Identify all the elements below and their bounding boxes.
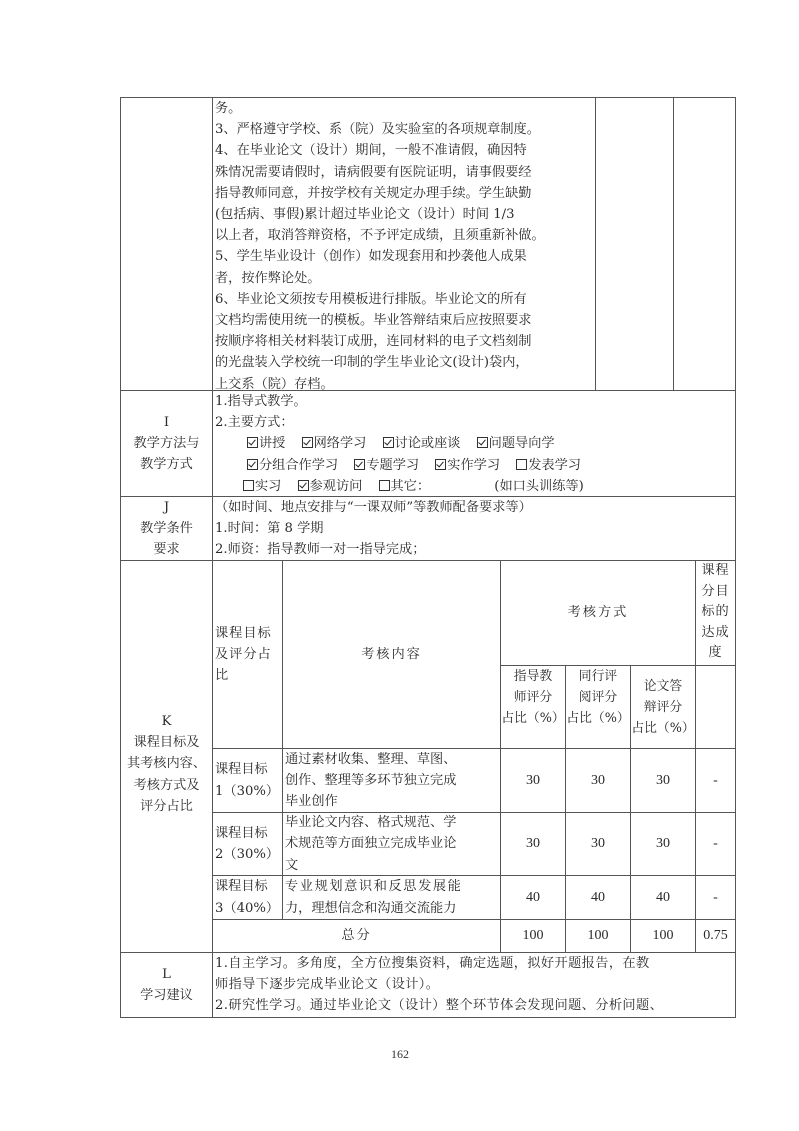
method-options-row2: 分组合作学习 专题学习 实作学习 发表学习 (215, 455, 735, 476)
header-peer-score: 同行评 阅评分 占比（%） (566, 666, 630, 748)
table-row-goal-3: 课程目标 3（40%） (213, 876, 282, 919)
rules-text-block: 务。 3、严格遵守学校、系（院）及实验室的各项规章制度。 4、在毕业论文（设计）… (213, 98, 595, 390)
method-option-topic[interactable]: 专题学习 (354, 458, 419, 473)
total-achievement: 0.75 (696, 920, 735, 952)
row3-achievement: - (696, 876, 735, 919)
document-page: 务。 3、严格遵守学校、系（院）及实验室的各项规章制度。 4、在毕业论文（设计）… (0, 0, 799, 1131)
method-option-discussion[interactable]: 讨论或座谈 (383, 436, 461, 451)
checkbox-checked-icon[interactable] (247, 437, 258, 448)
table-row-goal-2: 课程目标 2（30%） (213, 813, 282, 875)
rules-line: 的光盘装入学校统一印制的学生毕业论文(设计)袋内， (215, 352, 595, 373)
table-border-right (735, 97, 736, 1017)
checkbox-checked-icon[interactable] (302, 437, 313, 448)
row1-achievement: - (696, 749, 735, 812)
row2-peer-score: 30 (566, 813, 630, 875)
section-j-line2: 2.师资：指导教师一对一指导完成； (215, 539, 735, 560)
table-bottom-border (120, 1017, 736, 1018)
method-option-presentation[interactable]: 发表学习 (516, 458, 581, 473)
row1-defense-score: 30 (631, 749, 695, 812)
row1-peer-score: 30 (566, 749, 630, 812)
total-peer-score: 100 (566, 920, 630, 952)
total-defense-score: 100 (631, 920, 695, 952)
section-l-title: 学习建议 (140, 985, 193, 1006)
section-i-line2: 2.主要方式： (215, 412, 735, 433)
header-content-column: 考核内容 (283, 561, 500, 748)
rules-line: (包括病、事假)累计超过毕业论文（设计）时间 1/3 (215, 204, 595, 225)
header-method-column: 考核方式 (501, 561, 695, 665)
section-l-content: 1.自主学习。多角度，全方位搜集资料，确定选题，拟好开题报告，在教 师指导下逐步… (213, 953, 735, 1017)
section-k-title-line: 评分占比 (140, 796, 193, 817)
method-option-lecture[interactable]: 讲授 (247, 436, 285, 451)
section-j-title-line1: 教学条件 (140, 518, 193, 539)
method-options-row1: 讲授 网络学习 讨论或座谈 问题导向学 (215, 433, 735, 454)
rules-line: 4、在毕业论文（设计）期间，一般不准请假，确因特 (215, 140, 595, 161)
total-advisor-score: 100 (501, 920, 565, 952)
rules-line: 以上者，取消答辩资格，不予评定成绩，且须重新补做。 (215, 225, 595, 246)
method-options-row3: 实习 参观访问 其它： (如口头训练等) (215, 476, 735, 497)
section-l-label: L 学习建议 (121, 953, 212, 1017)
section-j-letter: J (164, 497, 169, 518)
section-i-line1: 1.指导式教学。 (215, 391, 735, 412)
rules-line: 文档均需使用统一的模板。毕业答辩结束后应按照要求 (215, 310, 595, 331)
header-advisor-score: 指导教 师评分 占比（%） (501, 666, 565, 748)
section-i-title-line2: 教学方式 (140, 454, 193, 475)
header-goal-column: 课程目标 及评分占 比 (213, 561, 282, 748)
section-k-letter: K (162, 711, 172, 732)
row2-advisor-score: 30 (501, 813, 565, 875)
section-i-letter: I (164, 412, 169, 433)
checkbox-checked-icon[interactable] (298, 480, 309, 491)
header-defense-score: 论文答 辩评分 占比（%） (631, 666, 695, 748)
checkbox-checked-icon[interactable] (383, 437, 394, 448)
method-option-practice[interactable]: 实作学习 (435, 458, 500, 473)
row3-defense-score: 40 (631, 876, 695, 919)
rules-line: 5、学生毕业设计（创作）如发现套用和抄袭他人成果 (215, 246, 595, 267)
table-row-content-1: 通过素材收集、整理、草图、 创作、整理等多环节独立完成 毕业创作 (283, 749, 500, 812)
row1-advisor-score: 30 (501, 749, 565, 812)
total-label: 总分 (213, 920, 500, 952)
checkbox-unchecked-icon[interactable] (516, 459, 527, 470)
other-hint: (如口头训练等) (494, 479, 583, 494)
table-row-content-3: 专业规划意识和反思发展能 力，理想信念和沟通交流能力 (283, 876, 500, 919)
section-i-content: 1.指导式教学。 2.主要方式： 讲授 网络学习 讨论或座谈 问题导向学 分组合… (213, 391, 735, 496)
row2-defense-score: 30 (631, 813, 695, 875)
section-l-line: 2.研究性学习。通过毕业论文（设计）整个环节体会发现问题、分析问题、 (215, 995, 735, 1016)
method-option-other[interactable]: 其它： (379, 479, 431, 494)
checkbox-unchecked-icon[interactable] (379, 480, 390, 491)
rules-line: 务。 (215, 98, 595, 119)
method-option-group[interactable]: 分组合作学习 (247, 458, 338, 473)
rules-line: 殊情况需要请假时，请病假要有医院证明，请事假要经 (215, 162, 595, 183)
checkbox-checked-icon[interactable] (435, 459, 446, 470)
top-col-divider-1 (595, 97, 596, 390)
method-option-internship[interactable]: 实习 (243, 479, 281, 494)
section-j-note: （如时间、地点安排与“一课双师”等教师配备要求等） (215, 497, 735, 518)
section-k-title-line: 其考核内容、 (127, 753, 206, 774)
top-col-divider-2 (673, 97, 674, 390)
row3-peer-score: 40 (566, 876, 630, 919)
section-i-label: I 教学方法与 教学方式 (121, 391, 212, 496)
method-option-visit[interactable]: 参观访问 (298, 479, 363, 494)
table-row-goal-1: 课程目标 1（30%） (213, 749, 282, 812)
section-l-line: 1.自主学习。多角度，全方位搜集资料，确定选题，拟好开题报告，在教 (215, 953, 735, 974)
checkbox-unchecked-icon[interactable] (243, 480, 254, 491)
row2-achievement: - (696, 813, 735, 875)
rules-line: 者，按作弊论处。 (215, 268, 595, 289)
section-k-title-line: 考核方式及 (134, 775, 200, 796)
rules-line: 按顺序将相关材料装订成册，连同材料的电子文档刻制 (215, 331, 595, 352)
rules-line: 6、毕业论文须按专用模板进行排版。毕业论文的所有 (215, 289, 595, 310)
section-j-label: J 教学条件 要求 (121, 497, 212, 560)
table-row-content-2: 毕业论文内容、格式规范、学 术规范等方面独立完成毕业论 文 (283, 813, 500, 875)
section-k-label: K 课程目标及 其考核内容、 考核方式及 评分占比 (121, 561, 212, 952)
header-achievement-column: 课程 分目 标的 达成 度 (696, 561, 735, 665)
section-l-letter: L (162, 964, 171, 985)
method-option-problem-based[interactable]: 问题导向学 (477, 436, 555, 451)
checkbox-checked-icon[interactable] (477, 437, 488, 448)
page-number: 162 (380, 1047, 420, 1062)
section-i-title-line1: 教学方法与 (134, 433, 200, 454)
section-j-content: （如时间、地点安排与“一课双师”等教师配备要求等） 1.时间：第 8 学期 2.… (213, 497, 735, 560)
row3-advisor-score: 40 (501, 876, 565, 919)
checkbox-checked-icon[interactable] (354, 459, 365, 470)
rules-line: 3、严格遵守学校、系（院）及实验室的各项规章制度。 (215, 119, 595, 140)
section-l-line: 师指导下逐步完成毕业论文（设计）。 (215, 974, 735, 995)
rules-line: 指导教师同意，并按学校有关规定办理手续。学生缺勤 (215, 183, 595, 204)
section-j-line1: 1.时间：第 8 学期 (215, 518, 735, 539)
checkbox-checked-icon[interactable] (247, 459, 258, 470)
section-j-title-line2: 要求 (153, 539, 179, 560)
section-k-title-line: 课程目标及 (134, 732, 200, 753)
method-option-online[interactable]: 网络学习 (302, 436, 367, 451)
